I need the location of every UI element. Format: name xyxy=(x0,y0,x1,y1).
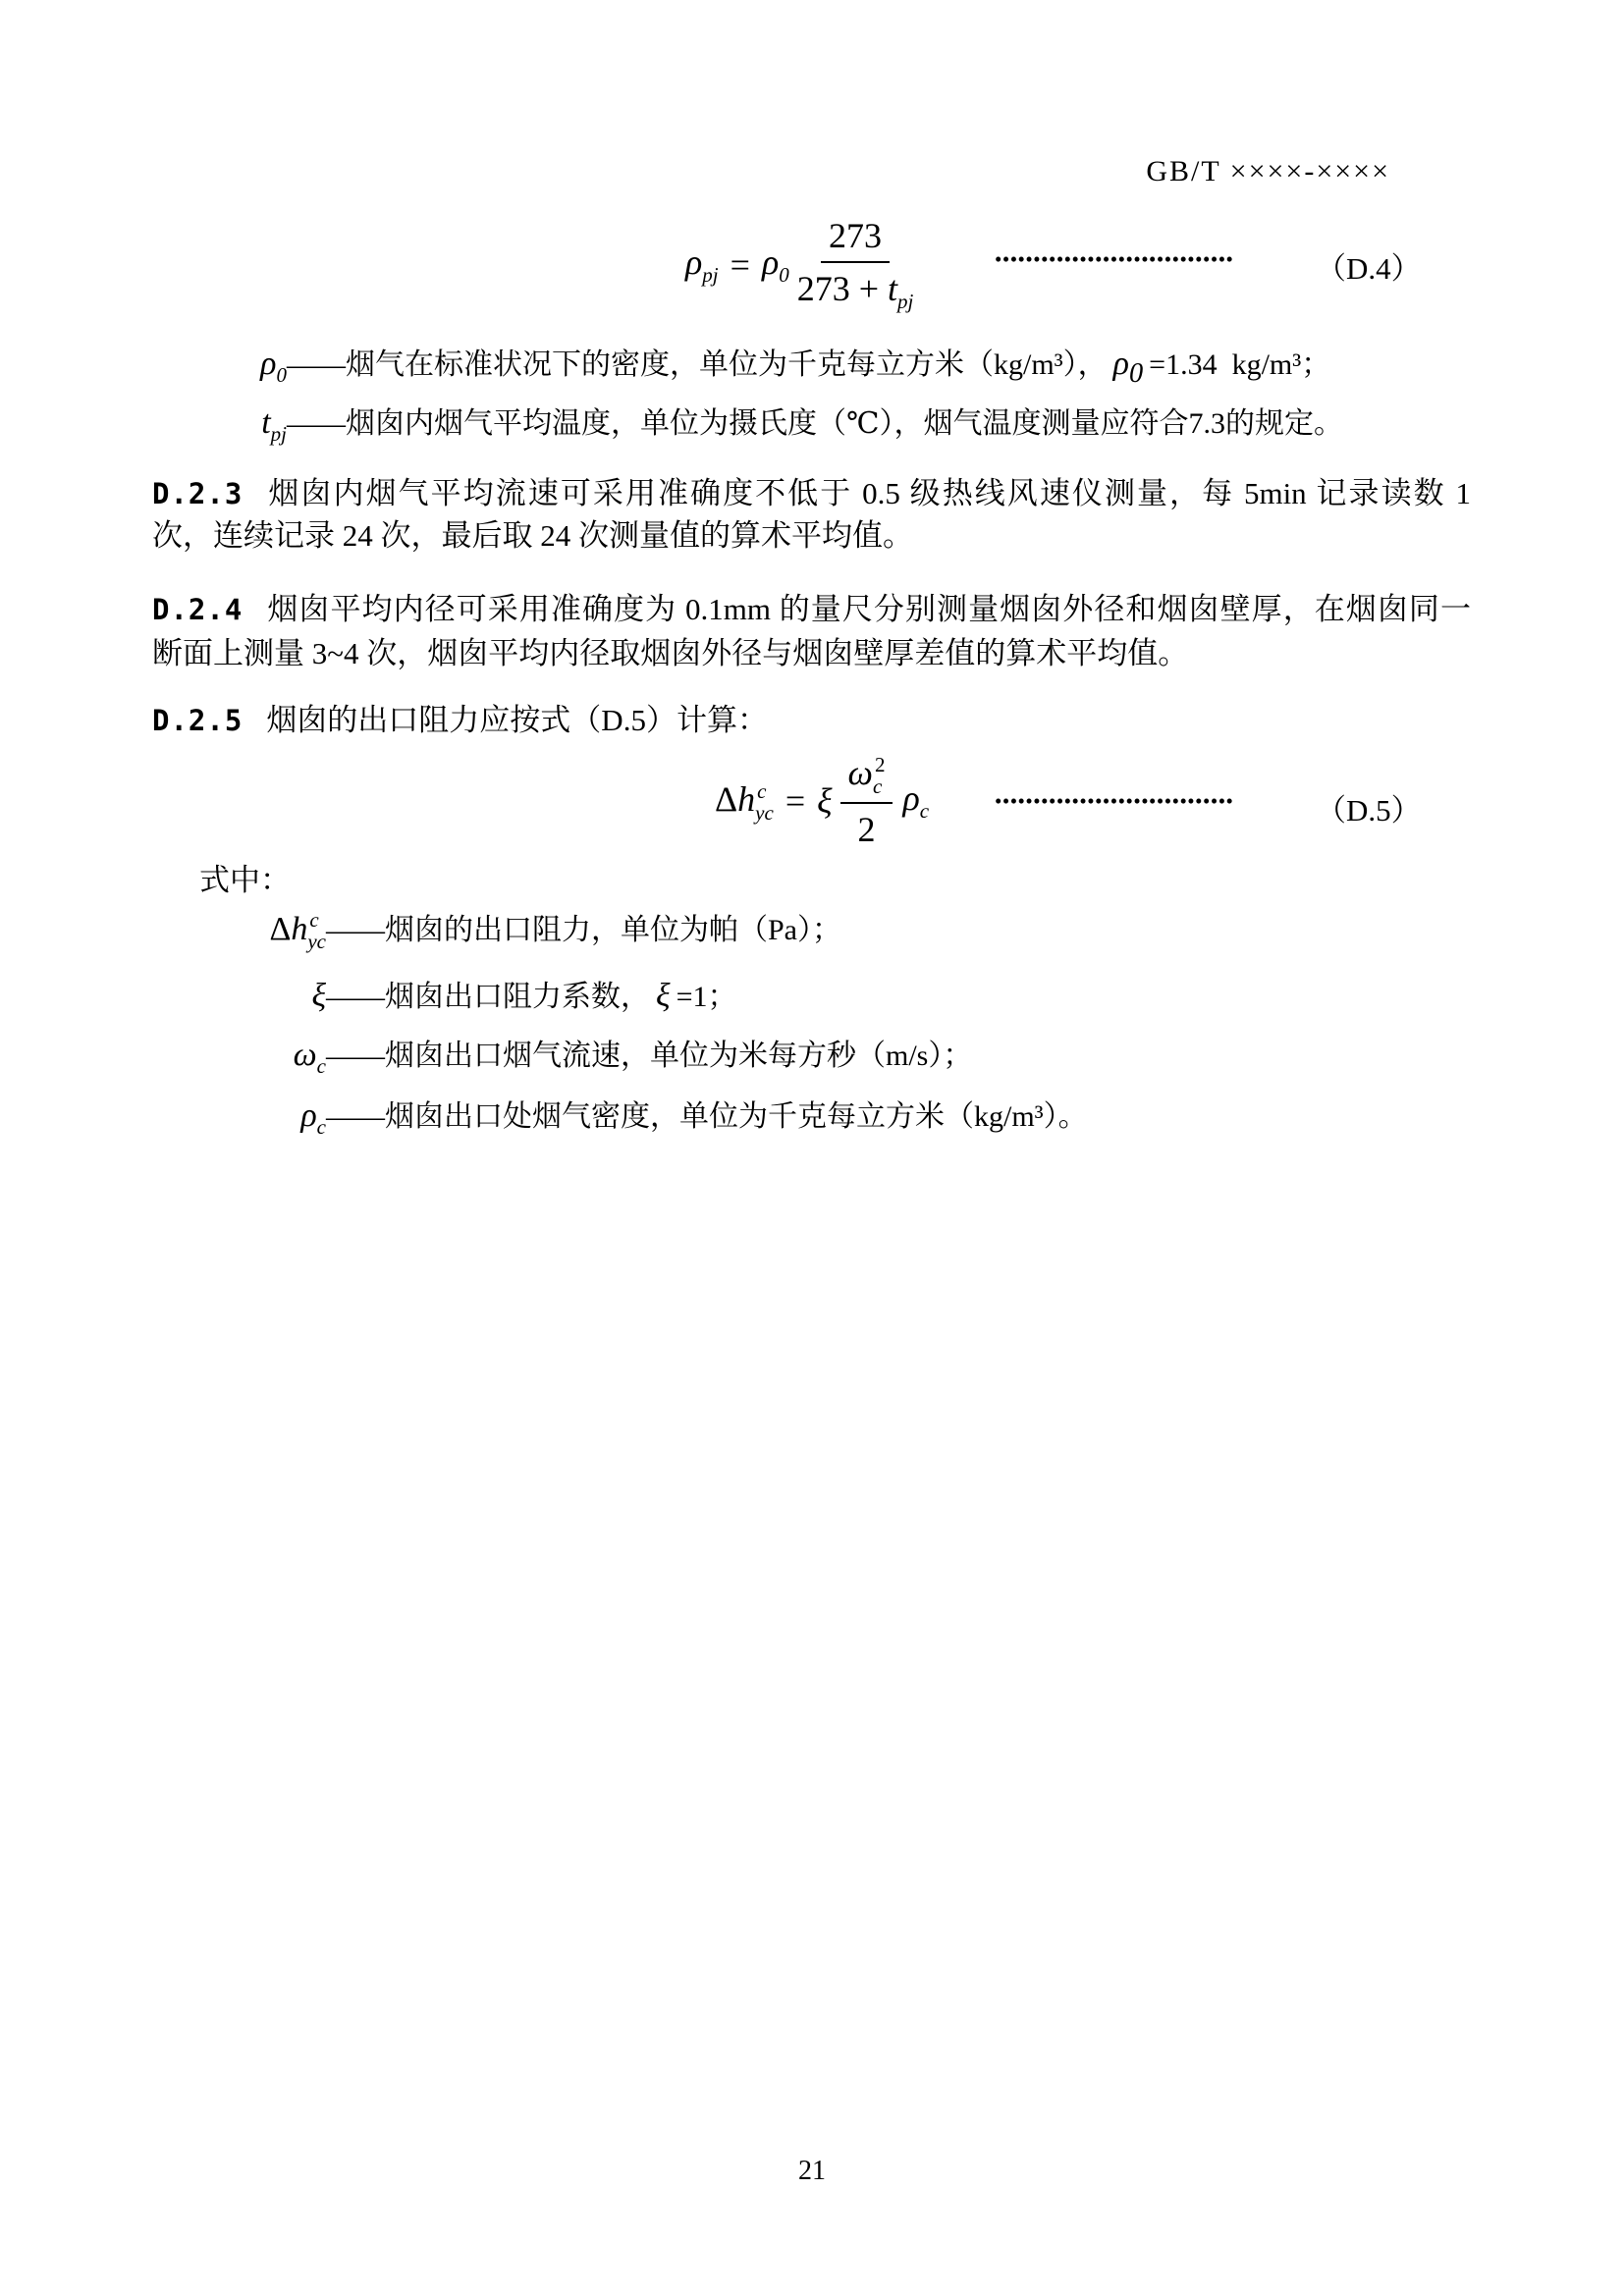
formula-d5-dotted-leader: ••••••••••••••••••••••••••••••• xyxy=(995,787,1233,815)
clause-text: 烟囱平均内径可采用准确度为 0.1mm 的量尺分别测量烟囱外径和烟囱壁厚，在烟囱… xyxy=(266,592,1471,626)
formula-d5-lhs: Δhcyc xyxy=(715,778,774,824)
symbol-rho-c: ρc xyxy=(177,1099,326,1138)
definition-row-tpj: tpj ——烟囱内烟气平均温度，单位为摄氏度（℃），烟气温度测量应符合7.3的规… xyxy=(177,399,1343,445)
value-text: =1； xyxy=(677,972,737,1015)
symbol-omega-c: ωc xyxy=(177,1039,326,1077)
formula-d4-fraction: 273 273 + tpj xyxy=(797,215,914,314)
formula-d5-label: （D.5） xyxy=(1316,785,1422,829)
formula-d4-dotted-leader: ••••••••••••••••••••••••••••••• xyxy=(995,245,1233,273)
symbol-delta-h: Δhcyc xyxy=(177,909,326,952)
sup-sub-stack: cyc xyxy=(309,909,326,952)
fraction-denominator: 2 xyxy=(858,804,876,850)
definition-row-rho-c: ρc ——烟囱出口处烟气密度，单位为千克每立方米（kg/m³）。 xyxy=(177,1092,1088,1138)
equals-sign: = xyxy=(731,244,750,286)
formula-d4: ρpj = ρ0 273 273 + tpj xyxy=(685,218,913,312)
clause-d25-line1: D.2.5烟囱的出口阻力应按式（D.5）计算： xyxy=(152,703,1471,738)
formula-d5-rhs: ρc xyxy=(902,777,929,824)
formula-d5-fraction: ω2c 2 xyxy=(840,752,893,850)
clause-text: 烟囱内烟气平均流速可采用准确度不低于 0.5 级热线风速仪测量，每 5min 记… xyxy=(266,476,1471,510)
clause-d24-line2: 断面上测量 3~4 次，烟囱平均内径取烟囱外径与烟囱壁厚差值的算术平均值。 xyxy=(152,636,1471,671)
formula-d4-label: （D.4） xyxy=(1316,243,1422,288)
definition-row-xi: ξ ——烟囱出口阻力系数， ξ =1； xyxy=(177,972,736,1015)
sup-sub-stack: 2c xyxy=(875,754,886,797)
doc-code-header: GB/T ××××-×××× xyxy=(1146,155,1390,188)
clause-number: D.2.3 xyxy=(152,477,243,510)
definition-text: ——烟囱的出口阻力，单位为帕（Pa）； xyxy=(326,905,841,948)
symbol-tpj: tpj xyxy=(177,406,287,445)
definition-text: ——烟囱出口处烟气密度，单位为千克每立方米（kg/m³）。 xyxy=(326,1092,1088,1135)
definition-row-omega: ωc ——烟囱出口烟气流速，单位为米每方秒（m/s）； xyxy=(177,1031,972,1077)
definition-text: ——烟囱出口阻力系数， xyxy=(326,972,650,1015)
fraction-numerator: ω2c xyxy=(840,752,893,804)
page-number: 21 xyxy=(0,2156,1624,2187)
symbol-rho0-value: ρ0 xyxy=(1113,346,1144,390)
clause-number: D.2.5 xyxy=(152,704,243,737)
symbol-rho0: ρ0 xyxy=(177,347,287,386)
clause-d24-line1: D.2.4烟囱平均内径可采用准确度为 0.1mm 的量尺分别测量烟囱外径和烟囱壁… xyxy=(152,592,1471,627)
formula-d5: Δhcyc = ξ ω2c 2 ρc xyxy=(715,756,929,846)
definition-text: ——烟囱内烟气平均温度，单位为摄氏度（℃），烟气温度测量应符合7.3的规定。 xyxy=(287,399,1343,442)
clause-d23-line2: 次，连续记录 24 次，最后取 24 次测量值的算术平均值。 xyxy=(152,518,1471,554)
symbol-xi: ξ xyxy=(177,980,326,1013)
clause-number: D.2.4 xyxy=(152,593,243,626)
formula-d5-coefficient: ξ xyxy=(817,780,832,822)
definition-row-dh: Δhcyc ——烟囱的出口阻力，单位为帕（Pa）； xyxy=(177,905,841,952)
definition-row-rho0: ρ0 ——烟气在标准状况下的密度，单位为千克每立方米（kg/m³）， ρ0 =1… xyxy=(177,340,1330,390)
formula-d4-coefficient: ρ0 xyxy=(762,241,789,288)
clause-text: 烟囱的出口阻力应按式（D.5）计算： xyxy=(266,703,768,737)
fraction-denominator: 273 + tpj xyxy=(797,263,914,314)
fraction-numerator: 273 xyxy=(821,215,890,263)
equals-sign: = xyxy=(785,780,805,822)
definition-text: ——烟囱出口烟气流速，单位为米每方秒（m/s）； xyxy=(326,1031,972,1074)
clause-d23-line1: D.2.3烟囱内烟气平均流速可采用准确度不低于 0.5 级热线风速仪测量，每 5… xyxy=(152,476,1471,511)
sup-sub-stack: cyc xyxy=(757,780,774,824)
definition-text: ——烟气在标准状况下的密度，单位为千克每立方米（kg/m³）， xyxy=(287,340,1108,383)
value-text: =1.34 kg/m³； xyxy=(1149,340,1330,383)
document-page: GB/T ××××-×××× ρpj = ρ0 273 273 + tpj ••… xyxy=(0,0,1624,2296)
where-label: 式中： xyxy=(199,855,291,899)
symbol-xi-value: ξ xyxy=(656,978,671,1015)
formula-d4-lhs: ρpj xyxy=(685,241,719,288)
